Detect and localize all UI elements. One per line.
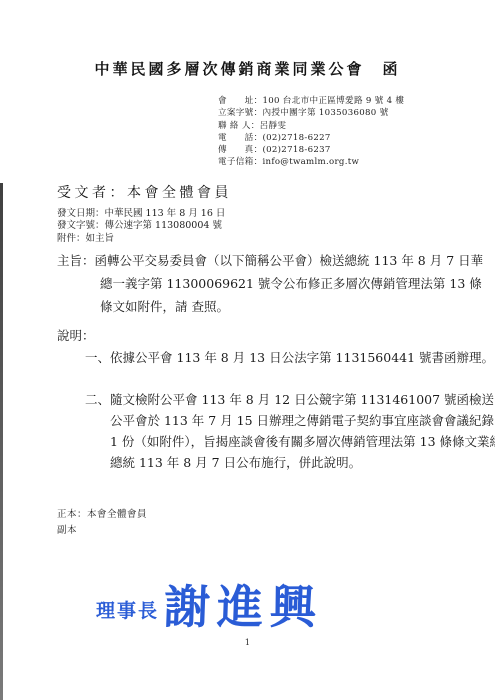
- chairman-signature-block: 理事長 謝進興: [96, 568, 323, 630]
- contact-fax: 傳 真：(02)2718-6237: [218, 144, 404, 156]
- subject-text: 函轉公平交易委員會（以下簡稱公平會）檢送總統 113 年 8 月 7 日華總一義…: [95, 253, 484, 314]
- page-number: 1: [0, 638, 495, 648]
- contact-person: 聯 絡 人：呂靜雯: [218, 120, 404, 132]
- copy-recipient-line: 副本: [57, 522, 77, 536]
- chairman-title: 理事長: [96, 596, 159, 623]
- explanation-label: 說明：: [57, 326, 95, 344]
- issue-date-line: 發文日期：中華民國 113 年 8 月 16 日: [57, 208, 225, 220]
- page-title: 中華民國多層次傳銷商業同業公會 函: [0, 58, 495, 79]
- item-2-marker: 二、: [85, 392, 110, 407]
- document-page: 中華民國多層次傳銷商業同業公會 函 會 址：100 台北市中正區博愛路 9 號 …: [0, 0, 495, 700]
- subject-paragraph: 主旨：函轉公平交易委員會（以下簡稱公平會）檢送總統 113 年 8 月 7 日華…: [57, 249, 493, 318]
- subject-label: 主旨：: [57, 253, 95, 268]
- meta-block: 發文日期：中華民國 113 年 8 月 16 日 發文字號：傳公速字第 1130…: [57, 208, 225, 245]
- item-1-text: 依據公平會 113 年 8 月 13 日公法字第 1131560441 號書函辦…: [110, 350, 494, 365]
- scan-edge-artifact: [0, 183, 3, 700]
- contact-registration-number: 立案字號：內授中團字第 1035036080 號: [218, 107, 404, 119]
- explanation-item-1: 一、依據公平會 113 年 8 月 13 日公法字第 1131560441 號書…: [57, 347, 495, 368]
- attachment-line: 附件：如主旨: [57, 233, 225, 245]
- recipient-line: 受文者：本會全體會員: [57, 182, 232, 202]
- contact-phone: 電 話：(02)2718-6227: [218, 132, 404, 144]
- contact-block: 會 址：100 台北市中正區博愛路 9 號 4 樓 立案字號：內授中團字第 10…: [218, 95, 404, 169]
- item-1-marker: 一、: [85, 350, 110, 365]
- chairman-name: 謝進興: [163, 584, 324, 630]
- original-recipient-line: 正本：本會全體會員: [57, 506, 147, 520]
- contact-email: 電子信箱：info@twamlm.org.tw: [218, 156, 404, 168]
- explanation-item-2: 二、隨文檢附公平會 113 年 8 月 12 日公競字第 1131461007 …: [57, 389, 495, 473]
- contact-address: 會 址：100 台北市中正區博愛路 9 號 4 樓: [218, 95, 404, 107]
- doc-number-line: 發文字號：傳公速字第 113080004 號: [57, 220, 225, 232]
- item-2-text: 隨文檢附公平會 113 年 8 月 12 日公競字第 1131461007 號函…: [110, 392, 495, 470]
